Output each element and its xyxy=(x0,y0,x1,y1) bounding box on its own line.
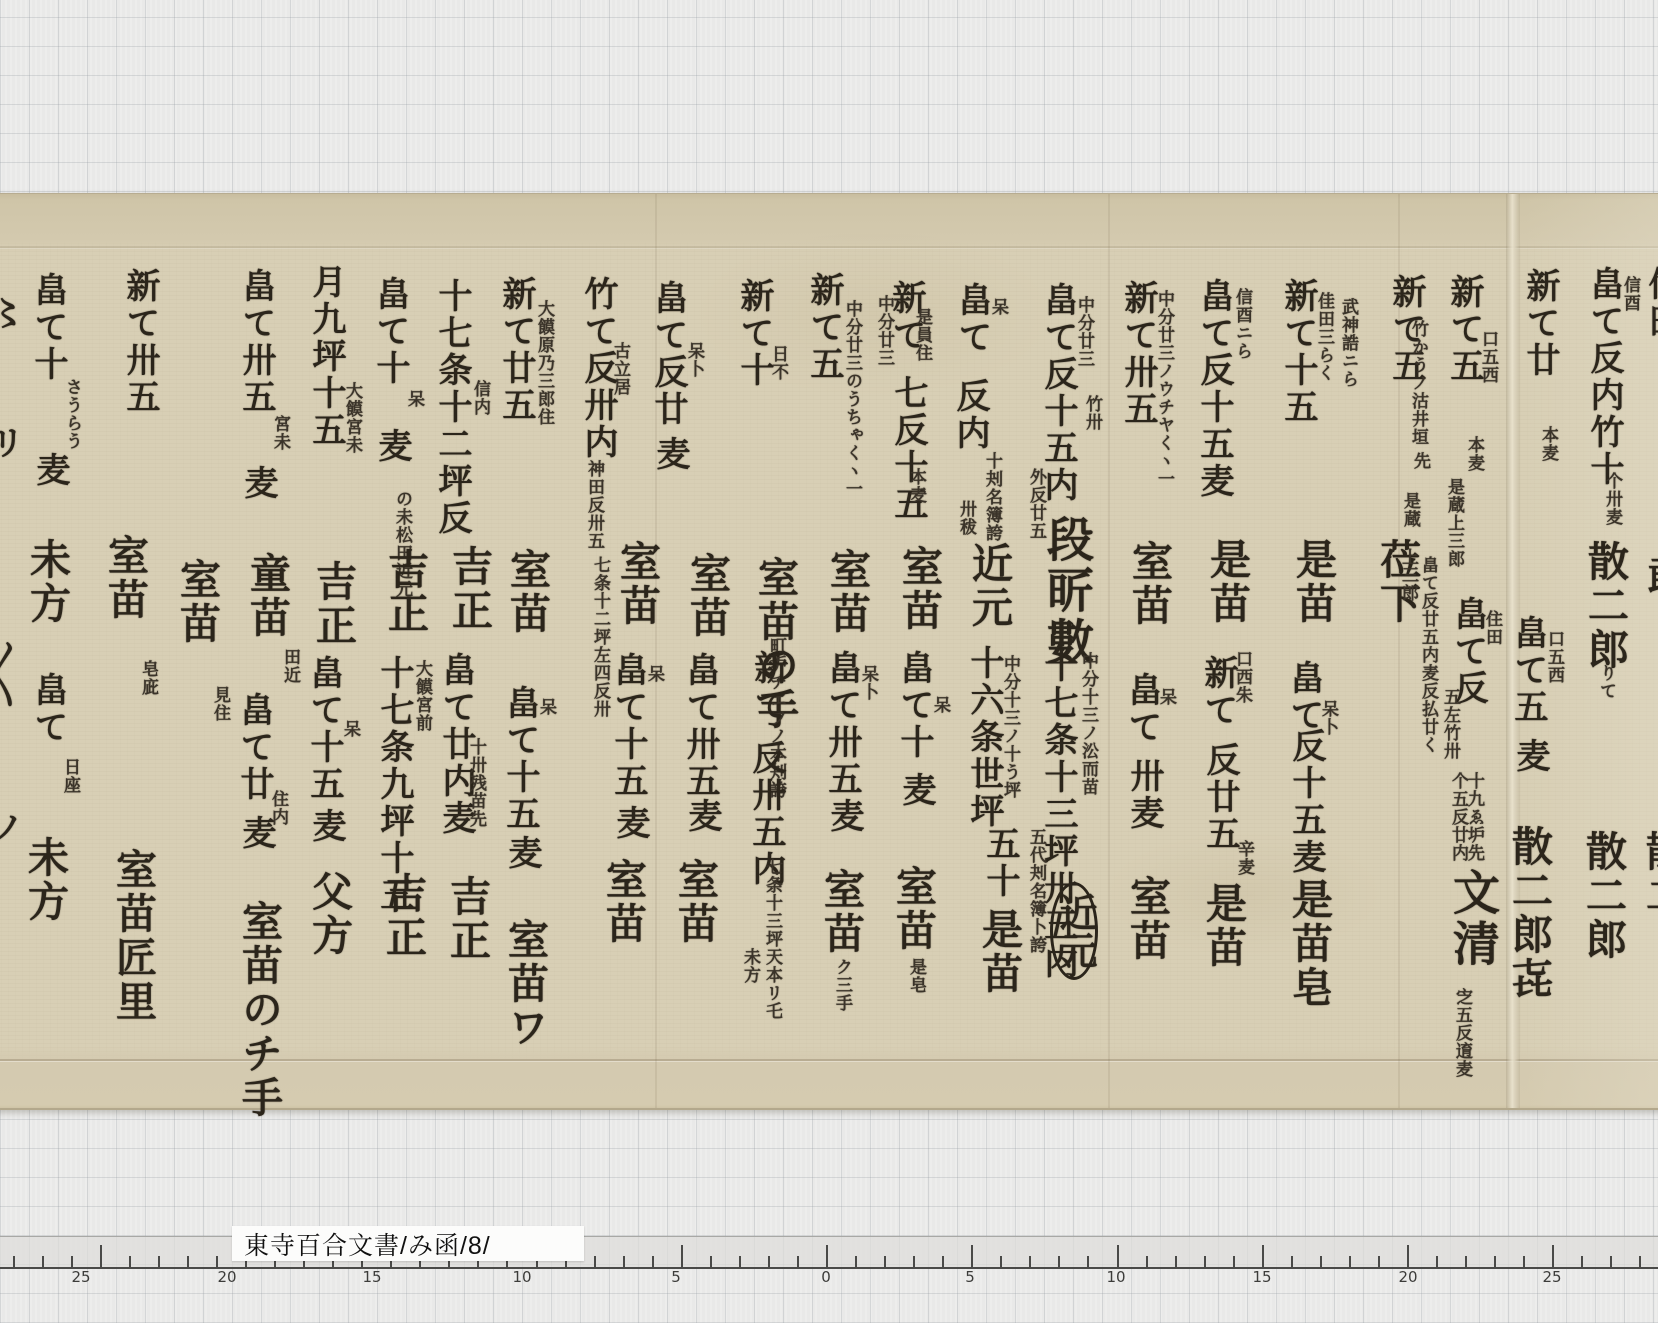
calligraphy-run: 呆卜 xyxy=(860,665,877,701)
calligraphy-run: ノ xyxy=(0,810,20,847)
calligraphy-run: 信酉ニら xyxy=(1234,288,1251,360)
ruler-tick xyxy=(1378,1256,1380,1267)
calligraphy-run: 文清 xyxy=(1448,868,1495,970)
calligraphy-run: 敢 xyxy=(1644,556,1658,600)
ruler-tick xyxy=(797,1256,799,1267)
calligraphy-run: 呆 xyxy=(990,298,1007,316)
ruler-number: 25 xyxy=(1532,1268,1572,1286)
scan-viewer-stage: 〻リ〱ノ畠て十さうらう麦未方畠て日座未方新て卅五室苗皂庛室苗見住室苗匠里畠て卅五… xyxy=(0,0,1658,1323)
calligraphy-run: 近元 xyxy=(1050,882,1098,980)
calligraphy-run: 麦 xyxy=(238,815,272,852)
calligraphy-run: 是苗 xyxy=(978,908,1019,996)
calligraphy-run: 竹卅 xyxy=(1084,395,1101,431)
calligraphy-run: 畠て反内竹十 xyxy=(1586,266,1620,488)
ruler-number: 10 xyxy=(1096,1268,1136,1286)
ruler-tick xyxy=(1233,1256,1235,1267)
calligraphy-run: 室苗 xyxy=(1128,540,1169,628)
calligraphy-run: 中分十三ノ㳂而苗 xyxy=(1080,652,1097,796)
calligraphy-run: 反内 xyxy=(952,378,986,452)
archive-label-text: 東寺百合文書/み函/8/ xyxy=(232,1226,491,1262)
calligraphy-run: 辛麦 xyxy=(1236,840,1253,876)
calligraphy-run: 畠て十 xyxy=(896,650,930,761)
calligraphy-run: 畠て卅五 xyxy=(682,652,716,800)
calligraphy-run: 室苗 xyxy=(674,858,715,946)
calligraphy-run: 呆 xyxy=(1158,688,1175,706)
ruler-number: 0 xyxy=(806,1268,846,1286)
calligraphy-run: 畠て十五 xyxy=(610,652,644,800)
ruler-tick xyxy=(42,1256,44,1267)
calligraphy-run: 是苗皂 xyxy=(1288,878,1329,1010)
calligraphy-run: 室苗 xyxy=(602,858,643,946)
calligraphy-run: 畠て反十五麦 xyxy=(1196,278,1230,500)
calligraphy-run: 本麦 xyxy=(1540,426,1557,462)
calligraphy-run: 神田反卅五 xyxy=(586,460,603,550)
calligraphy-run: 室苗 xyxy=(826,548,867,636)
calligraphy-run: リ xyxy=(0,425,20,462)
ruler-tick xyxy=(1465,1256,1467,1267)
calligraphy-run: 口五西 xyxy=(1546,630,1563,684)
ruler-tick xyxy=(1175,1256,1177,1267)
calligraphy-run: 新て廿五 xyxy=(498,276,532,424)
calligraphy-run: 是蔵 xyxy=(1402,492,1419,528)
ruler-tick xyxy=(884,1256,886,1267)
calligraphy-run: 新て卅五 xyxy=(122,268,156,416)
calligraphy-run: 畠て反廿五内麦反払廿く xyxy=(1420,556,1437,754)
calligraphy-run: 日不 xyxy=(770,345,787,381)
ruler-tick xyxy=(71,1256,73,1267)
calligraphy-run: 吉正 xyxy=(384,548,425,636)
calligraphy-run: 童苗 xyxy=(246,552,287,640)
calligraphy-run: 室苗 xyxy=(104,534,145,622)
calligraphy-run: 呆卜 xyxy=(686,342,703,378)
ruler-tick xyxy=(681,1245,683,1267)
calligraphy-run: 㝎五反逳麦 xyxy=(1454,988,1471,1078)
calligraphy-run: 室苗ワ xyxy=(504,918,545,1050)
calligraphy-run: 新て五 xyxy=(806,272,840,383)
calligraphy-run: 武神誥ニら xyxy=(1340,298,1357,388)
calligraphy-run: 竹て反卅内 xyxy=(580,276,614,461)
ruler-tick xyxy=(1610,1256,1612,1267)
calligraphy-run: 呆 xyxy=(342,720,359,738)
calligraphy-run: 信酉 xyxy=(1622,276,1639,312)
calligraphy-run: 大饃宮前 xyxy=(414,660,431,732)
calligraphy-run: 散二郎 xyxy=(1582,830,1623,962)
calligraphy-run: 麦 xyxy=(374,428,408,465)
calligraphy-run: 畠て xyxy=(1286,660,1320,734)
calligraphy-run: 近元 xyxy=(968,542,1009,630)
calligraphy-run: 信内 xyxy=(472,380,489,416)
calligraphy-run: 反十五麦 xyxy=(1288,728,1322,876)
calligraphy-run: 七条十三坪天本リ乇 xyxy=(764,858,781,1020)
calligraphy-run: 麦 xyxy=(308,808,342,845)
calligraphy-run: 大饃原乃三郎住 xyxy=(536,300,553,426)
calligraphy-run: 散二郎㐂 xyxy=(1508,825,1549,1001)
calligraphy-run: ク三手 xyxy=(834,958,851,1012)
ruler-tick xyxy=(1262,1245,1264,1267)
calligraphy-run: 信田 xyxy=(1644,266,1658,340)
ruler-tick xyxy=(1320,1256,1322,1267)
ruler-tick xyxy=(1436,1256,1438,1267)
ruler-tick xyxy=(1523,1256,1525,1267)
ruler-tick xyxy=(1117,1245,1119,1267)
calligraphy-run: 日座 xyxy=(62,758,79,794)
ruler-tick xyxy=(1204,1256,1206,1267)
calligraphy-run: 佳田三らく xyxy=(1316,292,1333,382)
calligraphy-run: 吉正 xyxy=(382,872,423,960)
calligraphy-run: 麦 xyxy=(1512,738,1546,775)
calligraphy-run: 呆 xyxy=(932,696,949,714)
ruler-tick xyxy=(1146,1256,1148,1267)
calligraphy-run: 个卅麦 xyxy=(1604,472,1621,526)
calligraphy-run: 未方 xyxy=(24,836,65,924)
calligraphy-run: 宮未 xyxy=(272,415,289,451)
calligraphy-run: 見住 xyxy=(212,686,229,722)
ruler-tick xyxy=(594,1256,596,1267)
calligraphy-run: 呆 xyxy=(406,390,423,408)
calligraphy-run: 麦 xyxy=(240,465,274,502)
calligraphy-run: りて xyxy=(1598,664,1615,700)
calligraphy-run: 呆 xyxy=(538,698,555,716)
ruler-number: 5 xyxy=(950,1268,990,1286)
archive-label-plate: 東寺百合文書/み函/8/ xyxy=(232,1226,584,1261)
calligraphy-run: 室苗 xyxy=(1126,875,1167,963)
calligraphy-run: 室苗 xyxy=(686,552,727,640)
ruler-number: 20 xyxy=(207,1268,247,1286)
calligraphy-run: 室苗 xyxy=(898,545,939,633)
vertical-fold-crease xyxy=(1108,194,1110,1108)
horizontal-fold-crease xyxy=(0,246,1658,248)
ruler-tick xyxy=(826,1245,828,1267)
ruler-tick xyxy=(129,1256,131,1267)
ruler-tick xyxy=(13,1256,15,1267)
calligraphy-run: 是員住 xyxy=(914,308,931,362)
calligraphy-run: 中分十三ノ十う坪 xyxy=(1002,655,1019,799)
calligraphy-run: 段㪽數 xyxy=(1042,515,1089,668)
calligraphy-run: 室苗 xyxy=(176,558,217,646)
calligraphy-run: 古立居 xyxy=(612,342,629,396)
calligraphy-run: 室苗 xyxy=(892,865,933,953)
ruler-tick xyxy=(1407,1245,1409,1267)
calligraphy-run: 麦 xyxy=(826,798,860,835)
ruler-tick xyxy=(158,1256,160,1267)
calligraphy-run: 吉正 xyxy=(446,875,487,963)
calligraphy-run: 七条十二坪左四反卅 xyxy=(592,556,609,718)
calligraphy-run: 畠て五 xyxy=(1510,615,1544,726)
calligraphy-run: 五左竹卅 xyxy=(1442,688,1459,760)
ruler-tick xyxy=(913,1256,915,1267)
calligraphy-run: 畠て卅五 xyxy=(238,268,272,416)
calligraphy-run: 是苗 xyxy=(1202,882,1243,970)
calligraphy-run: 麦 xyxy=(684,798,718,835)
calligraphy-run: 月九坪十五 xyxy=(308,264,342,449)
calligraphy-run: 未方 xyxy=(26,538,67,626)
calligraphy-run: 麦 xyxy=(504,835,538,872)
calligraphy-run: 新て廿 xyxy=(1522,268,1556,379)
calligraphy-run: 卅麦 xyxy=(1126,758,1160,832)
calligraphy-run: 十六条世坪 xyxy=(966,645,1000,830)
ruler-number: 25 xyxy=(61,1268,101,1286)
calligraphy-run: 是苗 xyxy=(1206,538,1247,626)
calligraphy-run: 新て xyxy=(750,650,784,724)
calligraphy-run: 室苗 xyxy=(616,540,657,628)
calligraphy-run: 畠て xyxy=(1124,672,1158,746)
calligraphy-run: 呆 xyxy=(646,665,663,683)
calligraphy-run: 口五西 xyxy=(1480,330,1497,384)
ruler-tick xyxy=(942,1256,944,1267)
calligraphy-run: 畠て xyxy=(30,672,64,746)
calligraphy-run: 室苗のチ手 xyxy=(238,900,279,1120)
calligraphy-run: 畠て十 xyxy=(372,276,406,387)
calligraphy-run: 反廿五 xyxy=(1202,742,1236,853)
calligraphy-run: 本麦 xyxy=(908,468,925,504)
calligraphy-run: 先 xyxy=(1412,452,1429,470)
calligraphy-run: 是皂 xyxy=(908,958,925,994)
ruler-tick xyxy=(1349,1256,1351,1267)
calligraphy-run: 畠て反廿 xyxy=(650,280,684,428)
calligraphy-run: 十九ゑ𡉴先 xyxy=(1466,772,1483,862)
ruler-number: 10 xyxy=(502,1268,542,1286)
calligraphy-run: 麦 xyxy=(32,452,66,489)
ruler-tick xyxy=(971,1245,973,1267)
calligraphy-run: 本麦 xyxy=(1466,436,1483,472)
ruler-tick xyxy=(739,1256,741,1267)
ruler-tick xyxy=(623,1256,625,1267)
ruler-tick xyxy=(1552,1245,1554,1267)
calligraphy-run: 田近 xyxy=(282,648,299,684)
calligraphy-run: 麦 xyxy=(652,436,686,473)
calligraphy-run: 卅秡 xyxy=(958,500,975,536)
ruler-tick xyxy=(1087,1256,1089,1267)
calligraphy-run: 畠て十 xyxy=(30,272,64,383)
calligraphy-run: 父方 xyxy=(308,870,349,958)
calligraphy-run: 竹かうノ沽井垣 xyxy=(1410,320,1427,446)
calligraphy-run: 五代刔名簿卜誇 xyxy=(1028,828,1045,954)
calligraphy-run: 皂庛 xyxy=(140,660,157,696)
calligraphy-run: 十刔名簿誇 xyxy=(984,452,1001,542)
ruler-tick xyxy=(1639,1256,1641,1267)
ruler-number: 15 xyxy=(1242,1268,1282,1286)
calligraphy-run: 〻 xyxy=(0,295,20,332)
ruler-number: 20 xyxy=(1388,1268,1428,1286)
calligraphy-run: 室苗匠里 xyxy=(112,848,153,1024)
calligraphy-run: 十卅残苗先 xyxy=(468,738,485,828)
calligraphy-run: 未方 xyxy=(742,948,759,984)
calligraphy-run: 五十 xyxy=(982,826,1016,900)
calligraphy-run: 麦 xyxy=(898,772,932,809)
ruler-tick xyxy=(1058,1256,1060,1267)
calligraphy-run: 新て十五 xyxy=(1280,278,1314,426)
ruler-tick xyxy=(216,1256,218,1267)
calligraphy-run: 畠て廿 xyxy=(236,692,270,803)
calligraphy-run: 口西朱 xyxy=(1234,650,1251,704)
ruler-tick xyxy=(1000,1256,1002,1267)
calligraphy-run: 住田 xyxy=(1484,610,1501,646)
ruler-tick xyxy=(1029,1256,1031,1267)
calligraphy-run: 是苗 xyxy=(1292,538,1333,626)
calligraphy-run: 中分廿三ノウチヤくヽ一 xyxy=(1156,290,1173,488)
ruler-tick xyxy=(652,1256,654,1267)
ruler-tick xyxy=(768,1256,770,1267)
calligraphy-run: 室苗 xyxy=(820,868,861,956)
calligraphy-run: 畠て十五 xyxy=(502,685,536,833)
ruler-number: 15 xyxy=(352,1268,392,1286)
calligraphy-run: さうらう xyxy=(64,378,81,450)
calligraphy-run: 室苗 xyxy=(506,548,547,636)
calligraphy-run: 吉正 xyxy=(312,560,353,648)
ruler-tick xyxy=(187,1256,189,1267)
calligraphy-run: 麦 xyxy=(612,805,646,842)
ruler-tick xyxy=(1581,1256,1583,1267)
calligraphy-run: 新て卅五 xyxy=(1120,280,1154,428)
calligraphy-run: 是蔵上三郎 xyxy=(1446,478,1463,568)
ruler-tick xyxy=(1494,1256,1496,1267)
ruler-tick xyxy=(100,1245,102,1267)
calligraphy-run: 散二 xyxy=(1642,830,1658,918)
ruler-tick xyxy=(1291,1256,1293,1267)
calligraphy-run: 〱 xyxy=(0,640,18,711)
calligraphy-run: 上三郎 xyxy=(1400,548,1417,602)
calligraphy-run: 新て十 xyxy=(736,278,770,389)
calligraphy-run: 中分廿三 xyxy=(1076,296,1093,368)
calligraphy-run: 中分廿三のうちゃくヽ一 xyxy=(844,300,861,498)
calligraphy-run: 畠て xyxy=(954,282,988,356)
ruler-tick xyxy=(855,1256,857,1267)
calligraphy-run: 新て五 xyxy=(1446,274,1480,385)
calligraphy-run: 新て xyxy=(1200,655,1234,729)
ruler-number: 5 xyxy=(656,1268,696,1286)
calligraphy-run: 畠て卅五 xyxy=(824,650,858,798)
ruler-tick xyxy=(710,1256,712,1267)
calligraphy-run: 散二郎 xyxy=(1584,540,1625,672)
calligraphy-run: 十七条十二坪反 xyxy=(434,278,468,537)
calligraphy-run: 大饃宮未 xyxy=(344,382,361,454)
calligraphy-run: 畠て十五 xyxy=(306,655,340,803)
calligraphy-run: 吉正 xyxy=(448,545,489,633)
